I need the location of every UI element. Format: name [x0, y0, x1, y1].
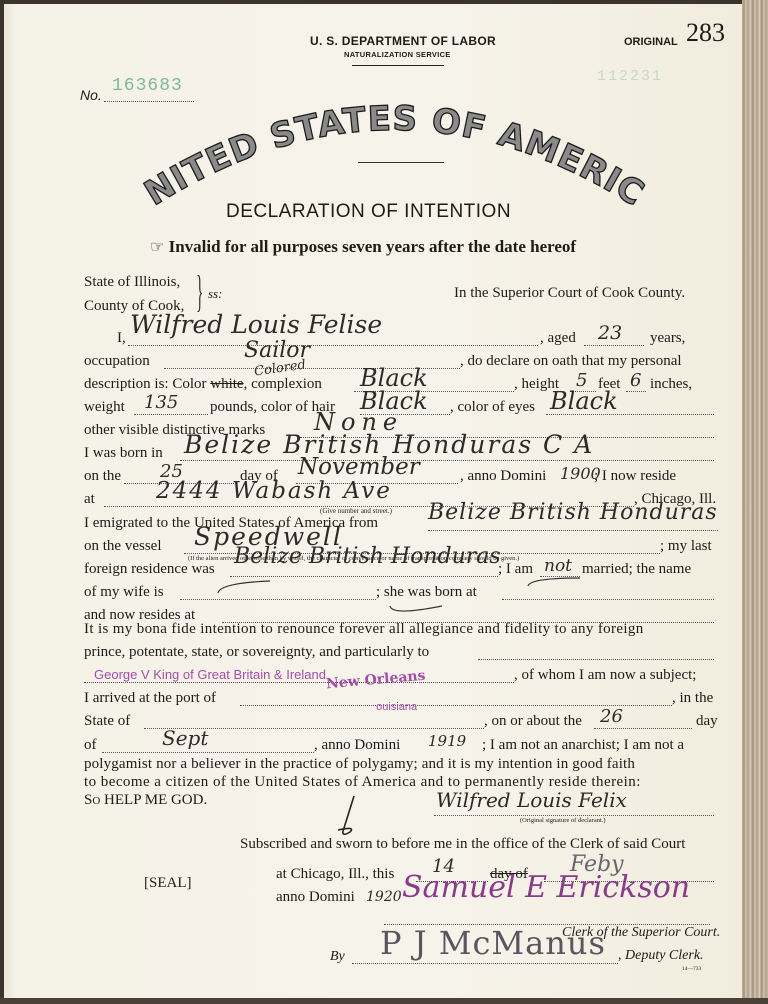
book-page-edges	[742, 0, 768, 1004]
declarant-age: 23	[598, 322, 622, 344]
address-value: 2444 Wabash Ave	[156, 478, 392, 504]
svg-text:UNITED STATES OF AMERICA: UNITED STATES OF AMERICA	[124, 86, 651, 215]
foreign-residence-label: foreign residence was	[84, 561, 215, 578]
weight-line	[134, 414, 208, 415]
dash-mark-icon	[524, 574, 584, 590]
weight-label: weight	[84, 399, 125, 416]
anno-domini-label: , anno Domini	[460, 468, 546, 485]
arrival-state-stamp: Louisiana	[370, 701, 417, 713]
oath-text-3: So HELP ME GOD.	[84, 792, 207, 809]
validity-warning: ☞ Invalid for all purposes seven years a…	[150, 237, 576, 257]
deputy-title: , Deputy Clerk.	[618, 948, 704, 964]
original-label: ORIGINAL	[624, 36, 678, 48]
pointing-hand-icon: ☞	[150, 239, 164, 256]
foreign-residence-line	[230, 576, 498, 577]
foreign-residence-value: Belize British Honduras	[234, 544, 501, 569]
wife-born-label: ; she was born at	[376, 584, 477, 601]
emigrated-line	[428, 530, 718, 531]
department-heading: U. S. DEPARTMENT OF LABOR	[310, 34, 496, 48]
court-name: In the Superior Court of Cook County.	[454, 285, 685, 302]
arrival-month: Sept	[162, 726, 208, 750]
on-or-about-label: , on or about the	[484, 713, 582, 730]
signature-line	[434, 815, 714, 816]
anarchist-text: ; I am not an anarchist; I am not a	[482, 737, 684, 754]
wife-name-line	[180, 599, 376, 600]
wife-label: of my wife is	[84, 584, 164, 601]
born-label: I was born in	[84, 445, 163, 462]
description-label: description is: Color white, complexion	[84, 376, 322, 393]
in-the-label: , in the	[672, 690, 713, 707]
arrival-day: 26	[600, 706, 623, 727]
arrival-year: 1919	[428, 732, 466, 750]
declare-text: , do declare on oath that my personal	[460, 353, 682, 370]
sovereign-stamp: George V King of Great Britain & Ireland	[94, 667, 326, 682]
height-inches: 6	[630, 370, 641, 391]
number-label: No.	[80, 87, 102, 103]
at-label: at	[84, 491, 95, 508]
description-label-text: description is: Color	[84, 376, 207, 392]
arrived-label: I arrived at the port of	[84, 690, 216, 707]
color-struck-value: white	[210, 376, 243, 392]
dash-mark-icon	[386, 602, 446, 622]
on-the-label: on the	[84, 468, 121, 485]
venue-state: State of Illinois,	[84, 274, 180, 291]
sovereign-line-1	[478, 659, 714, 660]
age-line	[584, 345, 644, 346]
port-stamp: New Orleans	[325, 668, 426, 693]
inches-label: inches,	[650, 376, 692, 393]
arrival-day-line	[594, 728, 692, 729]
married-status-value: not	[544, 556, 572, 576]
clerk-signature: Samuel E Erickson	[402, 870, 690, 905]
renounce-text-2: prince, potentate, state, or sovereignty…	[84, 644, 429, 661]
header-rule	[352, 65, 444, 66]
emigrated-from-value: Belize British Honduras	[428, 500, 718, 525]
deputy-line	[352, 963, 618, 964]
faint-stamp-number: 112231	[597, 68, 663, 85]
weight-value: 135	[144, 392, 178, 413]
seal-label: [SEAL]	[144, 875, 192, 892]
vessel-label: on the vessel	[84, 538, 161, 555]
address-hint: (Give number and street.)	[320, 507, 392, 515]
deputy-signature: P J McManus	[380, 924, 606, 962]
renounce-text-1: It is my bona fide intention to renounce…	[84, 621, 644, 638]
birthplace-line	[180, 460, 714, 461]
title-rule	[358, 162, 444, 163]
pen-mark-icon	[330, 794, 364, 840]
bottom-binding	[0, 998, 768, 1004]
jurat-anno-label: anno Domini	[276, 889, 355, 906]
reside-label: ; I now reside	[594, 468, 676, 485]
jurat-year: 1920	[366, 889, 402, 905]
validity-warning-text: Invalid for all purposes seven years aft…	[169, 237, 577, 256]
declarant-signature: Wilfred Louis Felix	[436, 788, 627, 812]
by-label: By	[330, 949, 345, 965]
eyes-label: , color of eyes	[450, 399, 535, 416]
dash-mark-icon	[214, 579, 274, 599]
wife-birthplace-line	[502, 599, 714, 600]
signature-hint: (Original signature of declarant.)	[520, 817, 606, 824]
subject-label: , of whom I am now a subject;	[514, 667, 696, 684]
years-label: years,	[650, 330, 685, 347]
aged-label: , aged	[540, 330, 576, 347]
occupation-label: occupation	[84, 353, 150, 370]
day-label: day	[696, 713, 718, 730]
arrival-month-line	[102, 752, 314, 753]
height-inches-line	[626, 391, 646, 392]
of-label: of	[84, 737, 97, 754]
sovereign-line-2	[84, 682, 514, 683]
venue-ss: ss:	[208, 286, 222, 302]
oath-text-1: polygamist nor a believer in the practic…	[84, 756, 635, 773]
page-number: 283	[686, 18, 725, 48]
at-chicago-label: at Chicago, Ill., this	[276, 866, 394, 883]
subscribed-text: Subscribed and sworn to before me in the…	[240, 836, 685, 853]
service-heading: NATURALIZATION SERVICE	[344, 50, 451, 59]
prefix-I: I,	[117, 330, 126, 347]
birth-month: November	[298, 454, 420, 480]
declarant-name: Wilfred Louis Felise	[130, 310, 382, 339]
state-of-label: State of	[84, 713, 130, 730]
my-last-label: ; my last	[660, 538, 712, 555]
form-code: 14—733	[682, 966, 701, 972]
eyes-value: Black	[550, 387, 618, 415]
married-label: married; the name	[582, 561, 691, 578]
name-line	[128, 345, 538, 346]
document-page: U. S. DEPARTMENT OF LABOR NATURALIZATION…	[4, 4, 746, 998]
anno-label: , anno Domini	[314, 737, 400, 754]
form-title: DECLARATION OF INTENTION	[226, 201, 511, 223]
